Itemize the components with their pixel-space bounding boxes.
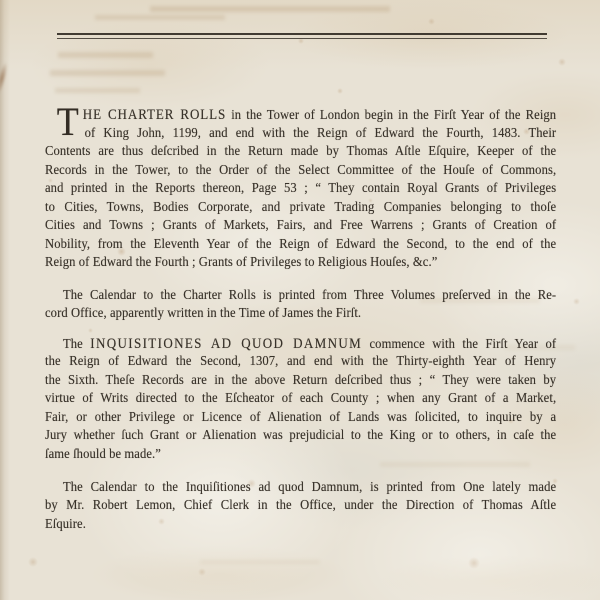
- text-segment: in the Tower of London begin in the Firſ…: [226, 108, 556, 123]
- text-segment: to Cities, Towns, Bodies Corporate, and …: [45, 200, 556, 215]
- text-line: The Calendar to the Inquiſitiones ad quo…: [45, 479, 556, 498]
- text-segment: The Calendar to the Charter Rolls is pri…: [63, 288, 556, 303]
- paragraph-inquisitiones-calendar: The Calendar to the Inquiſitiones ad quo…: [45, 479, 556, 535]
- text-line: Records in the Tower, to the Order of th…: [45, 162, 556, 181]
- text-line: by Mr. Robert Lemon, Chief Clerk in the …: [45, 497, 556, 516]
- text-segment: the Reign of Edward the Second, 1307, an…: [45, 354, 556, 369]
- text-line: The Calendar to the Charter Rolls is pri…: [45, 287, 556, 306]
- text-segment: virtue of Writs directed to the Eſcheato…: [45, 391, 556, 406]
- text-segment: Nobility, from the Eleventh Year of the …: [45, 237, 556, 252]
- text-line: the Reign of Edward the Second, 1307, an…: [45, 353, 556, 372]
- text-segment: cord Office, apparently written in the T…: [45, 306, 361, 321]
- text-line: Jury whether ſuch Grant or Alienation wa…: [45, 427, 556, 446]
- charter-rolls-caps: HE CHARTER ROLLS: [83, 107, 226, 123]
- text-line: of King John, 1199, and end with the Rei…: [45, 125, 556, 144]
- text-line: Fair, or other Privilege or Licence of A…: [45, 409, 556, 428]
- edge-stain-mark: [0, 55, 12, 100]
- text-line: Eſquire.: [45, 516, 556, 535]
- text-line: and printed in the Reports thereon, Page…: [45, 180, 556, 199]
- page-gutter-shadow: [0, 0, 10, 600]
- text-line: Contents are thus deſcribed in the Retur…: [45, 143, 556, 162]
- double-rule: [57, 33, 547, 39]
- text-line: Cities and Towns ; Grants of Markets, Fa…: [45, 217, 556, 236]
- text-line: the Sixth. Theſe Records are in the abov…: [45, 372, 556, 391]
- paragraph-charter-rolls: T HE CHARTER ROLLS in the Tower of Londo…: [45, 106, 556, 273]
- book-page: T HE CHARTER ROLLS in the Tower of Londo…: [0, 0, 600, 600]
- text-segment: The: [63, 337, 90, 352]
- text-line: HE CHARTER ROLLS in the Tower of London …: [45, 106, 556, 125]
- text-segment: and printed in the Reports thereon, Page…: [45, 181, 556, 196]
- text-segment: Records in the Tower, to the Order of th…: [45, 163, 556, 178]
- paragraph-charter-calendar: The Calendar to the Charter Rolls is pri…: [45, 287, 556, 324]
- text-line: to Cities, Towns, Bodies Corporate, and …: [45, 199, 556, 218]
- drop-cap: T: [57, 102, 79, 142]
- inquisitiones-caps: INQUISITIONES AD QUOD DAMNUM: [90, 336, 362, 352]
- text-segment: ſame ſhould be made.”: [45, 447, 161, 462]
- text-segment: of King John, 1199, and end with the Rei…: [85, 126, 557, 141]
- text-segment: the Sixth. Theſe Records are in the abov…: [45, 373, 556, 388]
- text-segment: commence with the Firſt Year of: [362, 337, 556, 352]
- text-line: Reign of Edward the Fourth ; Grants of P…: [45, 254, 556, 273]
- paragraph-inquisitiones: The INQUISITIONES AD QUOD DAMNUM commenc…: [45, 335, 556, 465]
- text-segment: The Calendar to the Inquiſitiones ad quo…: [63, 480, 556, 495]
- text-segment: Reign of Edward the Fourth ; Grants of P…: [45, 255, 437, 270]
- text-line: Nobility, from the Eleventh Year of the …: [45, 236, 556, 255]
- text-segment: Fair, or other Privilege or Licence of A…: [45, 410, 556, 425]
- text-segment: by Mr. Robert Lemon, Chief Clerk in the …: [45, 498, 556, 513]
- page-text: T HE CHARTER ROLLS in the Tower of Londo…: [45, 106, 556, 534]
- text-segment: Eſquire.: [45, 517, 86, 532]
- text-line: cord Office, apparently written in the T…: [45, 305, 556, 324]
- text-line: ſame ſhould be made.”: [45, 446, 556, 465]
- text-segment: Cities and Towns ; Grants of Markets, Fa…: [45, 218, 556, 233]
- text-segment: Jury whether ſuch Grant or Alienation wa…: [45, 428, 556, 443]
- text-line: virtue of Writs directed to the Eſcheato…: [45, 390, 556, 409]
- text-line: The INQUISITIONES AD QUOD DAMNUM commenc…: [45, 335, 556, 354]
- text-segment: Contents are thus deſcribed in the Retur…: [45, 144, 556, 159]
